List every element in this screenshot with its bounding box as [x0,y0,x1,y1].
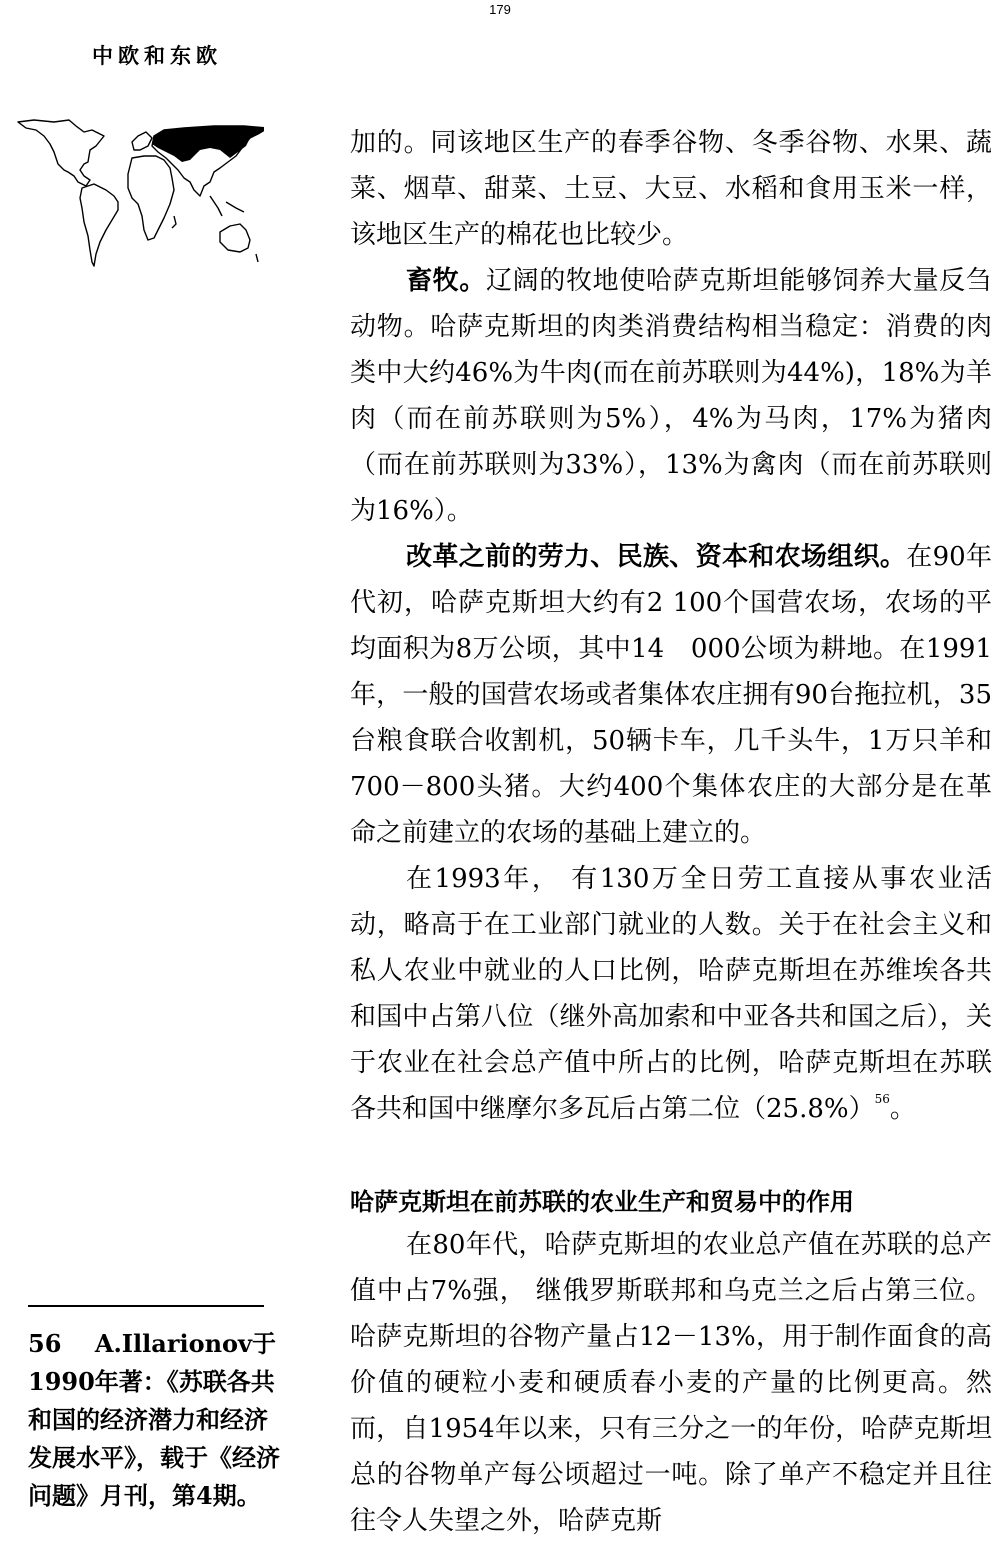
highlighted-region [152,126,264,162]
footnote-reference[interactable]: 56 [875,1092,890,1106]
paragraph-tail: 。 [890,1094,916,1124]
region-title: 中欧和东欧 [92,40,222,70]
footnote: 56 A.Illarionov于1990年著：《苏联各共和国的经济潜力和经济发展… [28,1325,286,1515]
page-number: 179 [0,2,1000,17]
paragraph-lead: 改革之前的劳力、民族、资本和农场组织。 [406,542,906,572]
footnote-divider [28,1305,264,1307]
paragraph-lead: 畜牧。 [406,266,486,296]
footnote-author: A.Illarionov [95,1329,252,1358]
paragraph-text: 在90年代初，哈萨克斯坦大约有2 100个国营农场，农场的平均面积为8万公顷，其… [350,542,992,848]
section-heading: 哈萨克斯坦在前苏联的农业生产和贸易中的作用 [350,1182,992,1222]
paragraph-employment: 在1993年， 有130万全日劳工直接从事农业活动，略高于在工业部门就业的人数。… [350,856,992,1132]
paragraph-text: 在1993年， 有130万全日劳工直接从事农业活动，略高于在工业部门就业的人数。… [350,864,992,1124]
paragraph-agricultural-role: 在80年代，哈萨克斯坦的农业总产值在苏联的总产值中占7%强， 继俄罗斯联邦和乌克… [350,1222,992,1544]
paragraph-continuation: 加的。同该地区生产的春季谷物、冬季谷物、水果、蔬菜、烟草、甜菜、土豆、大豆、水稻… [350,120,992,258]
footnote-number: 56 [28,1329,61,1358]
paragraph-labor-organization: 改革之前的劳力、民族、资本和农场组织。在90年代初，哈萨克斯坦大约有2 100个… [350,534,992,856]
paragraph-text: 加的。同该地区生产的春季谷物、冬季谷物、水果、蔬菜、烟草、甜菜、土豆、大豆、水稻… [350,128,992,250]
paragraph-text: 在80年代，哈萨克斯坦的农业总产值在苏联的总产值中占7%强， 继俄罗斯联邦和乌克… [350,1230,992,1536]
paragraph-text: 辽阔的牧地使哈萨克斯坦能够饲养大量反刍动物。哈萨克斯坦的肉类消费结构相当稳定：消… [350,266,992,526]
section-gap [350,1132,992,1182]
world-map-icon [14,112,264,274]
paragraph-livestock: 畜牧。辽阔的牧地使哈萨克斯坦能够饲养大量反刍动物。哈萨克斯坦的肉类消费结构相当稳… [350,258,992,534]
main-text-column: 加的。同该地区生产的春季谷物、冬季谷物、水果、蔬菜、烟草、甜菜、土豆、大豆、水稻… [350,120,992,1544]
